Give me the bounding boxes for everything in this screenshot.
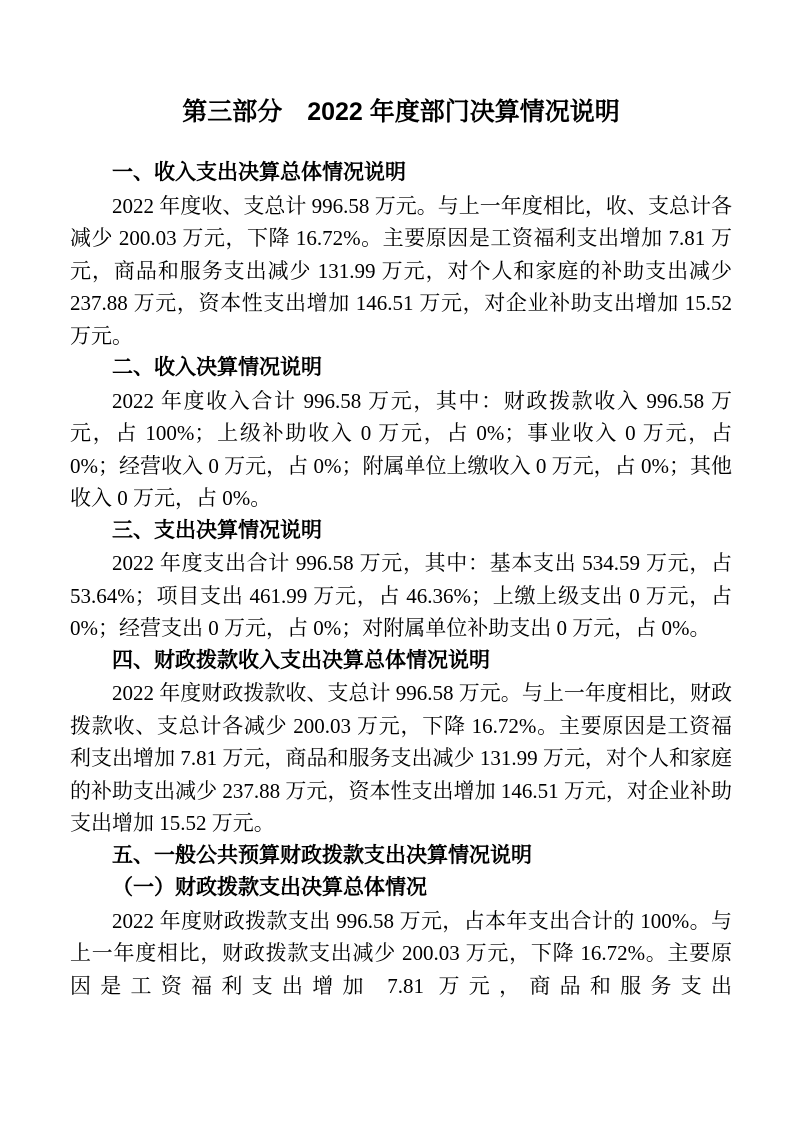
document-content: 第三部分 2022 年度部门决算情况说明 一、收入支出决算总体情况说明 2022… — [70, 97, 732, 1002]
heading-section-1-income-expenditure-overview: 一、收入支出决算总体情况说明 — [70, 157, 732, 190]
paragraph-section-1: 2022 年度收、支总计 996.58 万元。与上一年度相比，收、支总计各减少 … — [70, 190, 732, 353]
paragraph-section-3: 2022 年度支出合计 996.58 万元，其中：基本支出 534.59 万元，… — [70, 547, 732, 645]
heading-section-4-fiscal-appropriation-overview: 四、财政拨款收入支出决算总体情况说明 — [70, 645, 732, 678]
document-page: 第三部分 2022 年度部门决算情况说明 一、收入支出决算总体情况说明 2022… — [0, 0, 793, 1122]
heading-section-3-expenditure-final-accounts: 三、支出决算情况说明 — [70, 515, 732, 548]
heading-section-5-general-public-budget-expenditure: 五、一般公共预算财政拨款支出决算情况说明 — [70, 840, 732, 873]
heading-section-2-income-final-accounts: 二、收入决算情况说明 — [70, 352, 732, 385]
paragraph-section-4: 2022 年度财政拨款收、支总计 996.58 万元。与上一年度相比，财政拨款收… — [70, 677, 732, 840]
subheading-section-5-1-fiscal-appropriation-expenditure-overview: （一）财政拨款支出决算总体情况 — [70, 872, 732, 905]
document-title: 第三部分 2022 年度部门决算情况说明 — [70, 97, 732, 127]
paragraph-section-5-1: 2022 年度财政拨款支出 996.58 万元，占本年支出合计的 100%。与上… — [70, 905, 732, 1003]
paragraph-section-2: 2022 年度收入合计 996.58 万元，其中：财政拨款收入 996.58 万… — [70, 385, 732, 515]
